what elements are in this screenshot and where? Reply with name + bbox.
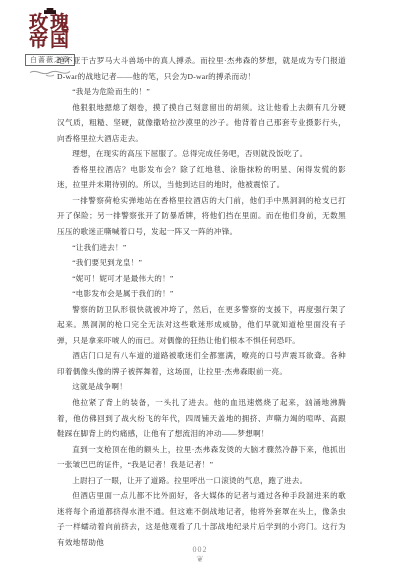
dialogue-paragraph: “电影发布会是属于我们的！” xyxy=(57,286,346,302)
footer-ornament-icon: ❦ xyxy=(0,555,400,564)
series-title: 玫瑰 帝国 xyxy=(22,15,78,49)
dialogue-paragraph: “我们要见到龙皇！” xyxy=(57,255,346,271)
crown-icon xyxy=(44,8,56,14)
book-page: 玫瑰 帝国 白蔷薇之章 绝不亚于古罗马大斗兽场中的真人搏杀。而拉里·杰弗森的梦想… xyxy=(0,0,400,578)
dialogue-paragraph: “妮可！妮可才是最伟大的！” xyxy=(57,271,346,287)
dialogue-paragraph: “让我们进去！” xyxy=(57,240,346,256)
page-text: 绝不亚于古罗马大斗兽场中的真人搏杀。而拉里·杰弗森的梦想，就是成为专门报道D-w… xyxy=(57,53,346,551)
body-paragraph: 警察的防卫队形很快就被冲垮了，然后，在更多警察的支援下，再度强行架了起来。黑洞洞… xyxy=(57,302,346,349)
body-paragraph: 但酒店里面一点儿都不比外面好，各大媒体的记者与通过各种手段溜进来的歌迷将每个甬道… xyxy=(57,488,346,550)
page-footer: 002 ❦ xyxy=(0,545,400,564)
body-paragraph: 他狠狠地摁熄了烟卷，摸了摸自己刻意留出的胡须。这让他看上去颇有几分硬汉气质，粗糙… xyxy=(57,100,346,147)
body-paragraph: 他拉紧了背上的装备，一头扎了进去。他的血迅速燃烧了起来，汹涌地沸腾着，他仿佛回到… xyxy=(57,395,346,442)
body-paragraph: 一排警察荷枪实弹地站在香格里拉酒店的大门前，他们手中黑洞洞的枪支已打开了保险；另… xyxy=(57,193,346,240)
series-title-line2: 帝国 xyxy=(22,32,78,49)
body-paragraph: 香格里拉酒店？电影发布会？除了红地毯、涂脂抹粉的明星、闲得发慌的影迷，拉里并未期… xyxy=(57,162,346,193)
page-number: 002 xyxy=(0,545,400,554)
body-paragraph: 理想，在现实的高压下屈服了。总得完成任务吧，否则就没饭吃了。 xyxy=(57,146,346,162)
body-paragraph: 绝不亚于古罗马大斗兽场中的真人搏杀。而拉里·杰弗森的梦想，就是成为专门报道D-w… xyxy=(57,53,346,84)
dialogue-paragraph: “我是为危险而生的！” xyxy=(57,84,346,100)
body-paragraph: 直到一支枪顶在他的额头上，拉里·杰弗森发烫的大脑才骤然冷静下来，他抓出一张皱巴巴… xyxy=(57,442,346,473)
body-paragraph: 酒店门口足有八车道的道路被歌迷们全都塞满，嘹亮的口号声震耳欲聋。各种印着偶像头像… xyxy=(57,348,346,379)
body-paragraph: 这就是战争啊！ xyxy=(57,379,346,395)
body-paragraph: 上尉扫了一眼，让开了道路。拉里呼出一口滚烫的气息，跑了进去。 xyxy=(57,473,346,489)
